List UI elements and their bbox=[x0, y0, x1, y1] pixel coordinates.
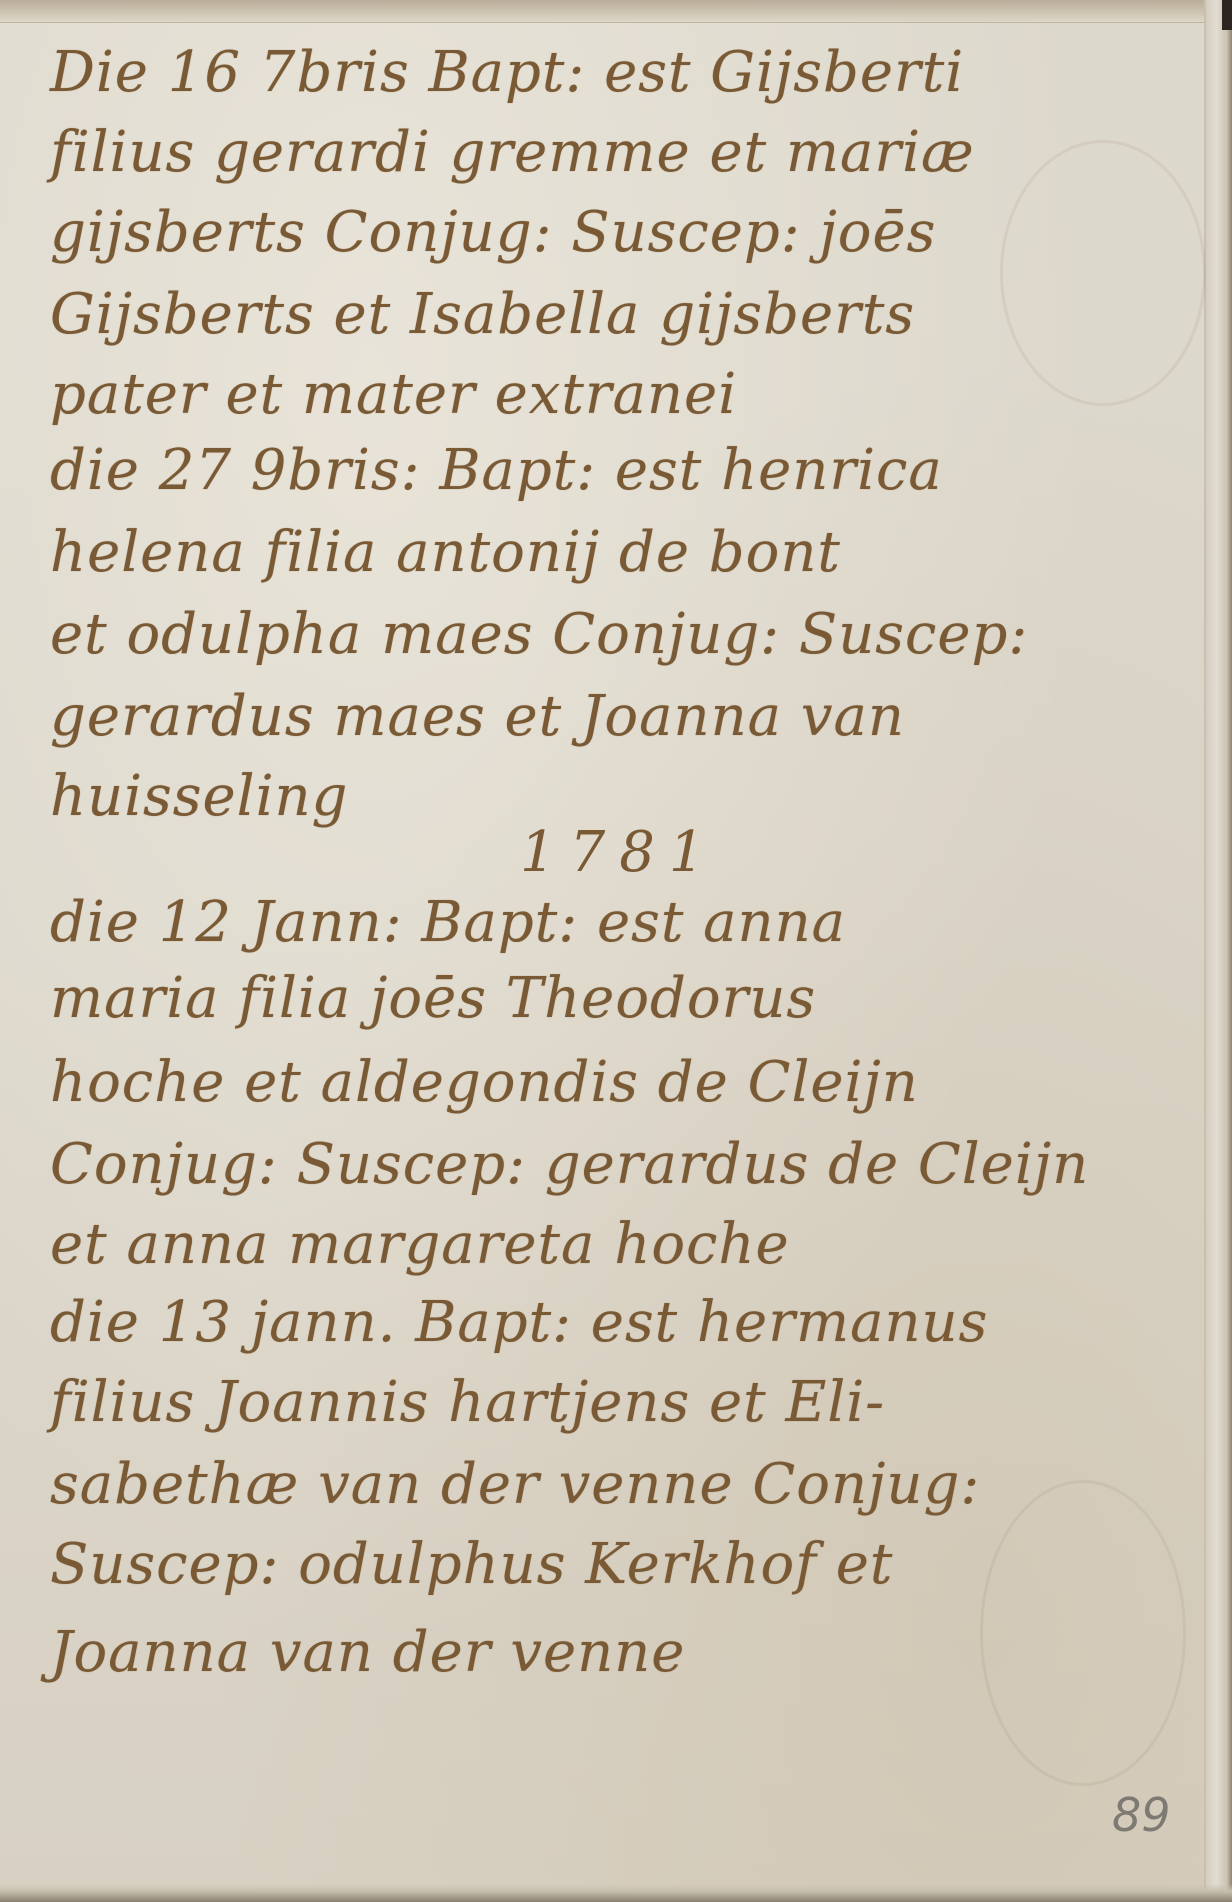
ink-bleed-through bbox=[1000, 140, 1206, 406]
ink-bleed-through bbox=[980, 1480, 1186, 1786]
entry-line: maria filia joēs Theodorus bbox=[50, 966, 816, 1032]
entry-line: Suscep: odulphus Kerkhof et bbox=[50, 1532, 893, 1598]
entry-line: Die 16 7bris Bapt: est Gijsberti bbox=[50, 40, 964, 106]
entry-line: helena filia antonij de bont bbox=[50, 520, 841, 586]
entry-line: Conjug: Suscep: gerardus de Cleijn bbox=[50, 1132, 1089, 1198]
entry-line: huisseling bbox=[50, 764, 348, 830]
entry-line: gerardus maes et Joanna van bbox=[50, 684, 905, 750]
entry-line: filius gerardi gremme et mariæ bbox=[50, 120, 975, 186]
entry-line: hoche et aldegondis de Cleijn bbox=[50, 1050, 919, 1116]
entry-line: Joanna van der venne bbox=[50, 1620, 685, 1686]
entry-line: filius Joannis hartjens et Eli- bbox=[50, 1370, 885, 1436]
book-spine-corner bbox=[1222, 0, 1232, 30]
entry-line: die 27 9bris: Bapt: est henrica bbox=[50, 438, 943, 504]
manuscript-page: Die 16 7bris Bapt: est Gijsberti filius … bbox=[0, 0, 1232, 1902]
page-bottom-edge bbox=[0, 1884, 1232, 1902]
folio-number: 89 bbox=[1112, 1788, 1171, 1842]
entry-line: die 13 jann. Bapt: est hermanus bbox=[50, 1290, 988, 1356]
entry-line: pater et mater extranei bbox=[50, 362, 737, 428]
entry-line: die 12 Jann: Bapt: est anna bbox=[50, 890, 846, 956]
entry-line: Gijsberts et Isabella gijsberts bbox=[50, 282, 915, 348]
entry-line: et anna margareta hoche bbox=[50, 1212, 790, 1278]
year-heading: 1781 bbox=[520, 820, 719, 885]
entry-line: sabethæ van der venne Conjug: bbox=[50, 1452, 980, 1518]
entry-line: et odulpha maes Conjug: Suscep: bbox=[50, 602, 1028, 668]
entry-line: gijsberts Conjug: Suscep: joēs bbox=[50, 200, 936, 266]
page-top-edge bbox=[0, 0, 1232, 23]
page-binding-edge bbox=[1204, 0, 1232, 1902]
